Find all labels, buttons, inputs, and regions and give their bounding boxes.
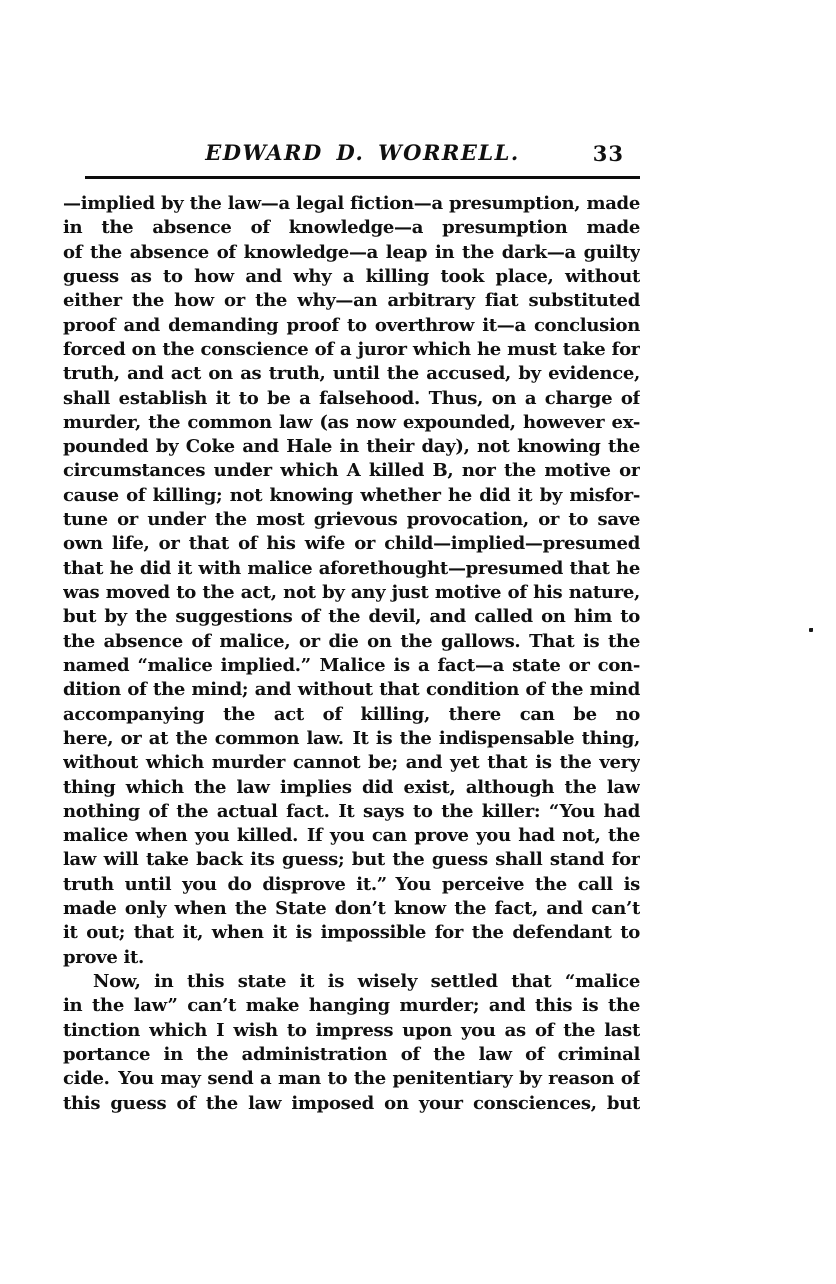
text-line: forced on the conscience of a juror whic…: [63, 338, 640, 362]
text-line: this guess of the law imposed on your co…: [63, 1092, 640, 1116]
text-line: guess as to how and why a killing took p…: [63, 265, 640, 289]
text-line: Now, in this state it is wisely settled …: [63, 970, 640, 994]
header-rule: [85, 176, 640, 179]
text-line: pounded by Coke and Hale in their day), …: [63, 435, 640, 459]
text-line: murder, the common law (as now expounded…: [63, 411, 640, 435]
text-line: in the law” can’t make hanging murder; a…: [63, 994, 640, 1018]
text-line: in the absence of knowledge—a presumptio…: [63, 216, 640, 240]
text-line: —implied by the law—a legal fiction—a pr…: [63, 192, 640, 216]
text-line: cause of killing; not knowing whether he…: [63, 484, 640, 508]
text-line: tinction which I wish to impress upon yo…: [63, 1019, 640, 1043]
text-line: was moved to the act, not by any just mo…: [63, 581, 640, 605]
text-line: own life, or that of his wife or child—i…: [63, 532, 640, 556]
text-line: without which murder cannot be; and yet …: [63, 751, 640, 775]
text-line: nothing of the actual fact. It says to t…: [63, 800, 640, 824]
text-line: the absence of malice, or die on the gal…: [63, 630, 640, 654]
text-line: prove it.: [63, 946, 640, 970]
text-line: malice when you killed. If you can prove…: [63, 824, 640, 848]
running-header: EDWARD D. WORRELL. 33: [85, 139, 640, 169]
text-line: here, or at the common law. It is the in…: [63, 727, 640, 751]
text-line: truth until you do disprove it.” You per…: [63, 873, 640, 897]
text-line: cide. You may send a man to the penitent…: [63, 1067, 640, 1091]
text-line: either the how or the why—an arbitrary f…: [63, 289, 640, 313]
text-line: of the absence of knowledge—a leap in th…: [63, 241, 640, 265]
book-page: EDWARD D. WORRELL. 33 —implied by the la…: [0, 0, 836, 1284]
header-title: EDWARD D. WORRELL.: [85, 139, 640, 167]
page-number: 33: [593, 140, 624, 168]
page-body: —implied by the law—a legal fiction—a pr…: [63, 192, 640, 1116]
text-line: but by the suggestions of the devil, and…: [63, 605, 640, 629]
text-line: proof and demanding proof to overthrow i…: [63, 314, 640, 338]
text-line: portance in the administration of the la…: [63, 1043, 640, 1067]
text-line: tune or under the most grievous provocat…: [63, 508, 640, 532]
text-line: circumstances under which A killed B, no…: [63, 459, 640, 483]
text-line: thing which the law implies did exist, a…: [63, 776, 640, 800]
text-line: dition of the mind; and without that con…: [63, 678, 640, 702]
text-line: that he did it with malice aforethought—…: [63, 557, 640, 581]
text-line: named “malice implied.” Malice is a fact…: [63, 654, 640, 678]
ink-speck: [809, 628, 813, 632]
text-line: made only when the State don’t know the …: [63, 897, 640, 921]
text-line: it out; that it, when it is impossible f…: [63, 921, 640, 945]
text-line: law will take back its guess; but the gu…: [63, 848, 640, 872]
text-line: shall establish it to be a falsehood. Th…: [63, 387, 640, 411]
text-line: truth, and act on as truth, until the ac…: [63, 362, 640, 386]
text-line: accompanying the act of killing, there c…: [63, 703, 640, 727]
